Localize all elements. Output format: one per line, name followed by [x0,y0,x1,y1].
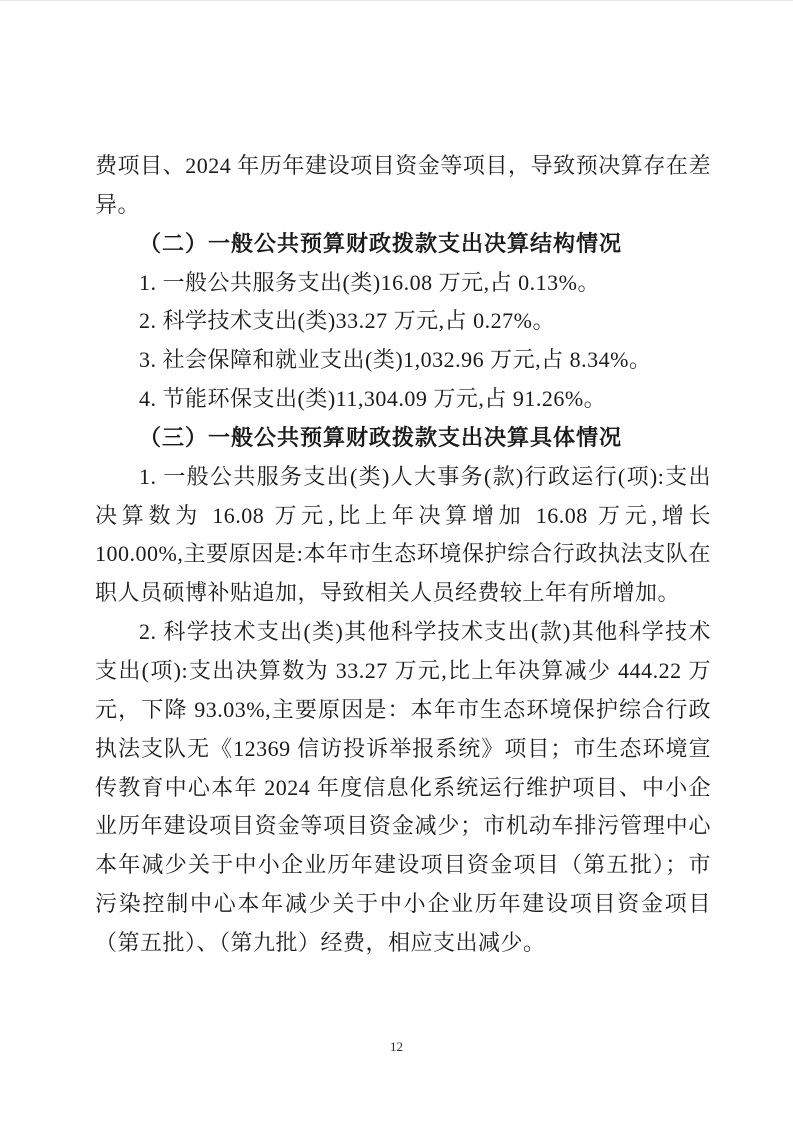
budget-item-social-security-employment: 3. 社会保障和就业支出(类)1,032.96 万元,占 8.34%。 [95,341,711,380]
document-page: 费项目、2024 年历年建设项目资金等项目，导致预决算存在差异。 （二）一般公共… [0,0,793,1122]
budget-item-energy-conservation-environment: 4. 节能环保支出(类)11,304.09 万元,占 91.26%。 [95,380,711,419]
budget-item-general-public-services: 1. 一般公共服务支出(类)16.08 万元,占 0.13%。 [95,264,711,303]
document-body: 费项目、2024 年历年建设项目资金等项目，导致预决算存在差异。 （二）一般公共… [95,147,711,963]
detail-paragraph-general-public-services: 1. 一般公共服务支出(类)人大事务(款)行政运行(项):支出决算数为 16.0… [95,458,711,613]
budget-item-science-technology: 2. 科学技术支出(类)33.27 万元,占 0.27%。 [95,302,711,341]
page-number: 12 [0,1039,793,1055]
paragraph-continuation: 费项目、2024 年历年建设项目资金等项目，导致预决算存在差异。 [95,147,711,225]
detail-paragraph-science-technology: 2. 科学技术支出(类)其他科学技术支出(款)其他科学技术支出(项):支出决算数… [95,613,711,963]
section-heading-details: （三）一般公共预算财政拨款支出决算具体情况 [95,419,711,458]
section-heading-structure: （二）一般公共预算财政拨款支出决算结构情况 [95,225,711,264]
